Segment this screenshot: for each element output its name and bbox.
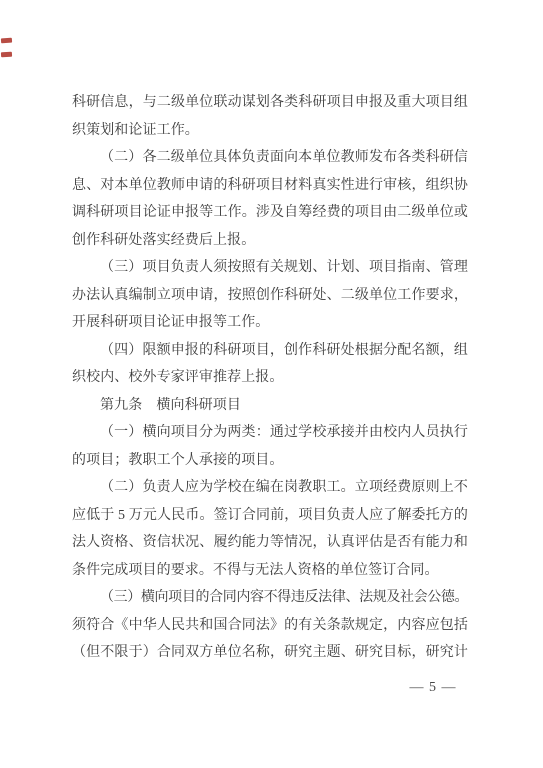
document-body: 科研信息，与二级单位联动谋划各类科研项目申报及重大项目组 织策划和论证工作。 （… bbox=[72, 89, 468, 667]
document-line: （二）各二级单位具体负责面向本单位教师发布各类科研信 bbox=[72, 144, 468, 172]
page-number: — 5 — bbox=[406, 680, 460, 696]
document-line: 调科研项目论证申报等工作。涉及自筹经费的项目由二级单位或 bbox=[72, 199, 468, 227]
document-line: 科研信息，与二级单位联动谋划各类科研项目申报及重大项目组 bbox=[72, 89, 468, 117]
document-line: 法人资格、资信状况、履约能力等情况，认真评估是否有能力和 bbox=[72, 529, 468, 557]
document-line: 创作科研处落实经费后上报。 bbox=[72, 227, 468, 255]
document-line: 织校内、校外专家评审推荐上报。 bbox=[72, 364, 468, 392]
document-section-heading: 第九条 横向科研项目 bbox=[72, 392, 468, 420]
document-line: （一）横向项目分为两类：通过学校承接并由校内人员执行 bbox=[72, 419, 468, 447]
red-edge-mark bbox=[1, 52, 12, 58]
document-line: （四）限额申报的科研项目，创作科研处根据分配名额，组 bbox=[72, 337, 468, 365]
document-line: 的项目；教职工个人承接的项目。 bbox=[72, 447, 468, 475]
document-line: 息、对本单位教师申请的科研项目材料真实性进行审核，组织协 bbox=[72, 172, 468, 200]
document-line: 须符合《中华人民共和国合同法》的有关条款规定，内容应包括 bbox=[72, 612, 468, 640]
document-line: 条件完成项目的要求。不得与无法人资格的单位签订合同。 bbox=[72, 557, 468, 585]
document-line: 办法认真编制立项申请，按照创作科研处、二级单位工作要求， bbox=[72, 282, 468, 310]
document-line: （三）项目负责人须按照有关规划、计划、项目指南、管理 bbox=[72, 254, 468, 282]
red-edge-mark bbox=[1, 38, 12, 44]
document-line: 开展科研项目论证申报等工作。 bbox=[72, 309, 468, 337]
document-page: 科研信息，与二级单位联动谋划各类科研项目申报及重大项目组 织策划和论证工作。 （… bbox=[0, 0, 543, 768]
document-line: （二）负责人应为学校在编在岗教职工。立项经费原则上不 bbox=[72, 474, 468, 502]
document-line: 应低于 5 万元人民币。签订合同前，项目负责人应了解委托方的 bbox=[72, 502, 468, 530]
document-line: （三）横向项目的合同内容不得违反法律、法规及社会公德。 bbox=[72, 584, 468, 612]
document-line: 织策划和论证工作。 bbox=[72, 117, 468, 145]
document-line: （但不限于）合同双方单位名称，研究主题、研究目标，研究计 bbox=[72, 639, 468, 667]
